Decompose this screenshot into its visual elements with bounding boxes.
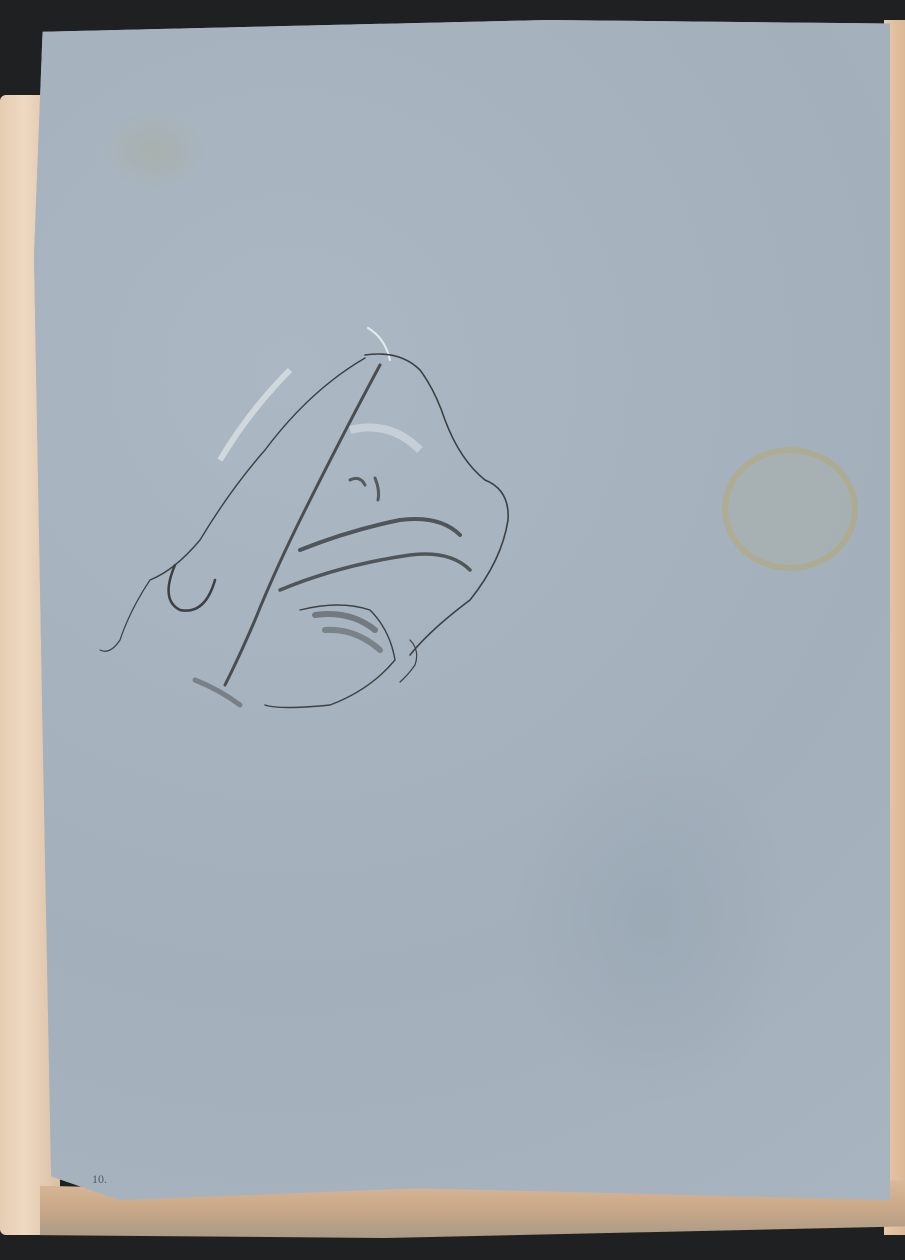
page-number: 10. bbox=[92, 1172, 107, 1187]
drapery-sketch bbox=[90, 310, 530, 730]
water-stain bbox=[722, 447, 858, 571]
